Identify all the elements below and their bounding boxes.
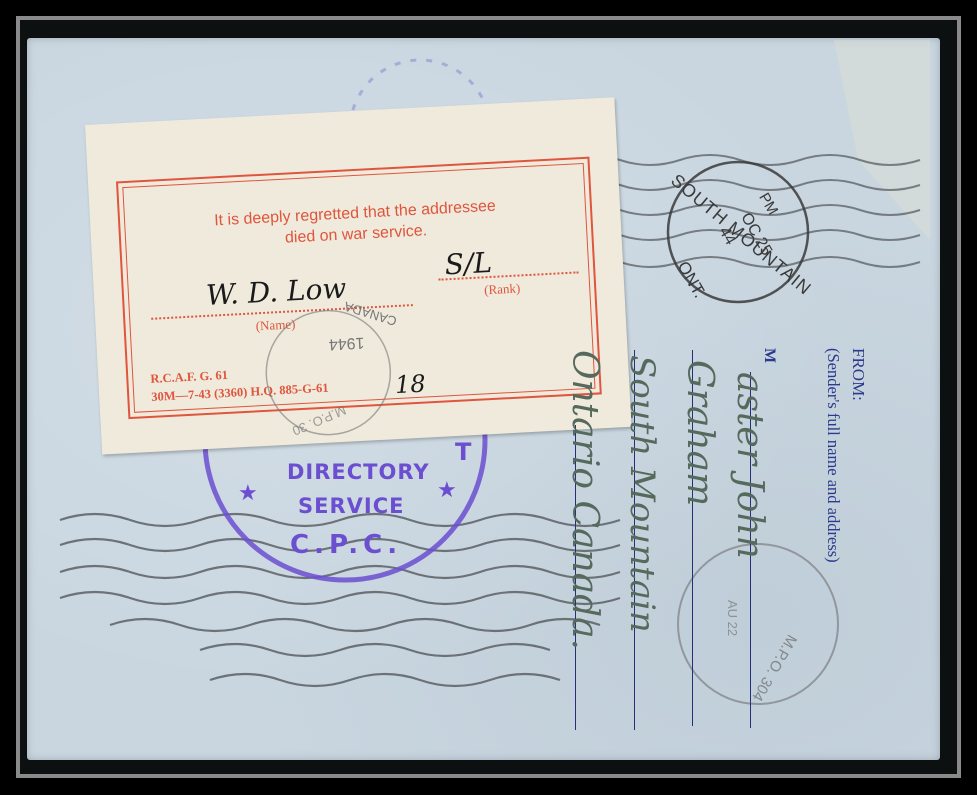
postmark-mpo-date: AU 22 xyxy=(725,600,740,636)
directory-stamp-star-left: ★ xyxy=(238,481,258,506)
directory-stamp-line1: DIRECTORY xyxy=(287,460,430,484)
from-heading: FROM: xyxy=(848,348,868,401)
directory-stamp-arc-fragment: T xyxy=(455,438,471,466)
rank-caption: (Rank) xyxy=(484,280,521,298)
handwritten-address-line-3: South Mountain xyxy=(622,355,662,633)
handwritten-address-line-4: Ontario Canada. xyxy=(564,350,605,650)
handwritten-address-line-1: aster John xyxy=(729,372,770,559)
handwritten-address-line-2: Graham xyxy=(679,360,720,506)
sender-prefix: M xyxy=(760,348,778,363)
death-notification-label: It is deeply regretted that the addresse… xyxy=(85,97,632,454)
label-postmark-year: 1944 xyxy=(328,333,364,353)
directory-stamp-line2: SERVICE xyxy=(298,494,404,518)
sender-note: (Sender's full name and address) xyxy=(823,348,843,563)
directory-stamp-star-right: ★ xyxy=(437,478,457,503)
directory-stamp-line3: C.P.C. xyxy=(290,530,402,560)
